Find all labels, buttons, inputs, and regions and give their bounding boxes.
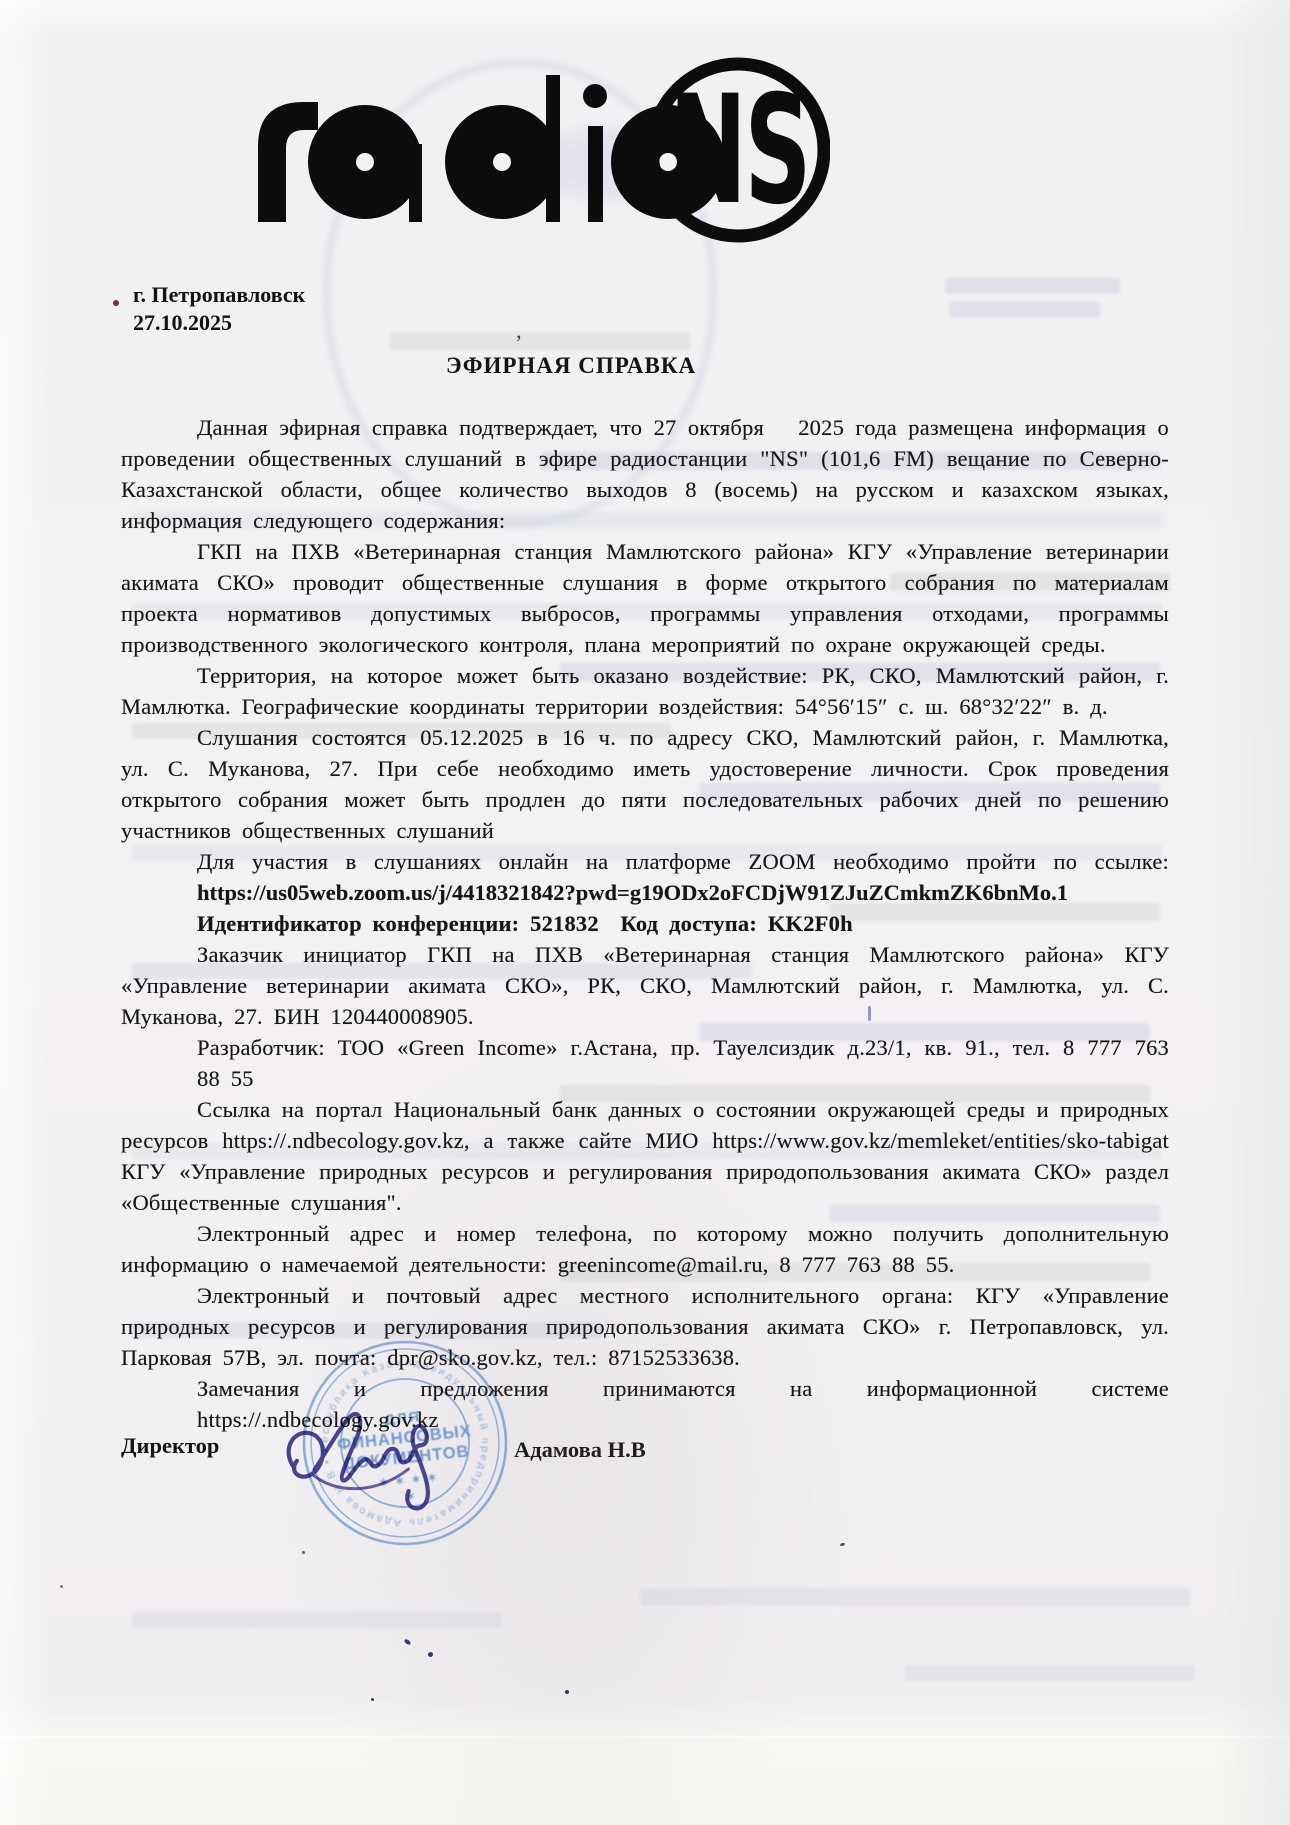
paragraph-feedback: Замечания и предложения принимаются на и… [121,1373,1169,1404]
letterhead-date: 27.10.2025 [133,309,305,337]
handwritten-signature [277,1395,463,1524]
paragraph-zoom-intro: Для участия в слушаниях онлайн на платфо… [121,846,1169,877]
radio-ns-logo: NS [230,50,830,245]
document-body: Данная эфирная справка подтверждает, что… [121,412,1169,1435]
logo-ns-text: NS [669,64,809,238]
document-title: ЭФИРНАЯ СПРАВКА [446,353,696,379]
paragraph-contact-email: Электронный адрес и номер телефона, по к… [121,1218,1169,1280]
paragraph-developer-phone-tail: 88 55 [121,1063,1169,1094]
signature-name: Адамова Н.В [514,1437,646,1463]
logo-ns-letters: NS [669,64,809,238]
radio-ns-logo-graphic: NS [230,50,830,245]
paragraph-customer: Заказчик инициатор ГКП на ПХВ «Ветеринар… [121,939,1169,1032]
logo-letter-d-disc [445,75,560,222]
paragraph-local-authority: Электронный и почтовый адрес местного ис… [121,1280,1169,1373]
signature-role: Директор [121,1433,219,1459]
paragraph-organizer: ГКП на ПХВ «Ветеринарная станция Мамлютс… [121,536,1169,660]
letterhead-meta: г. Петропавловск 27.10.2025 [133,281,305,337]
logo-letter-i [583,84,607,222]
paragraph-intro: Данная эфирная справка подтверждает, что… [121,412,1169,536]
paragraph-developer: Разработчик: ТОО «Green Income» г.Астана… [121,1032,1169,1063]
paragraph-hearing-details: Слушания состоятся 05.12.2025 в 16 ч. по… [121,722,1169,846]
logo-letter-a-disc [308,105,422,222]
paragraph-portal-links: Ссылка на портал Национальный банк данны… [121,1094,1169,1218]
paragraph-territory: Территория, на которое может быть оказан… [121,660,1169,722]
letterhead-city: г. Петропавловск [133,281,305,309]
zoom-meeting-url: https://us05web.zoom.us/j/4418321842?pwd… [121,877,1169,908]
scanned-broadcast-certificate: { "logo": { "word": "radio", "circle_tex… [0,0,1290,1825]
scan-edge [0,1736,1290,1738]
conference-id-line: Идентификатор конференции: 521832 Код до… [121,908,1169,939]
